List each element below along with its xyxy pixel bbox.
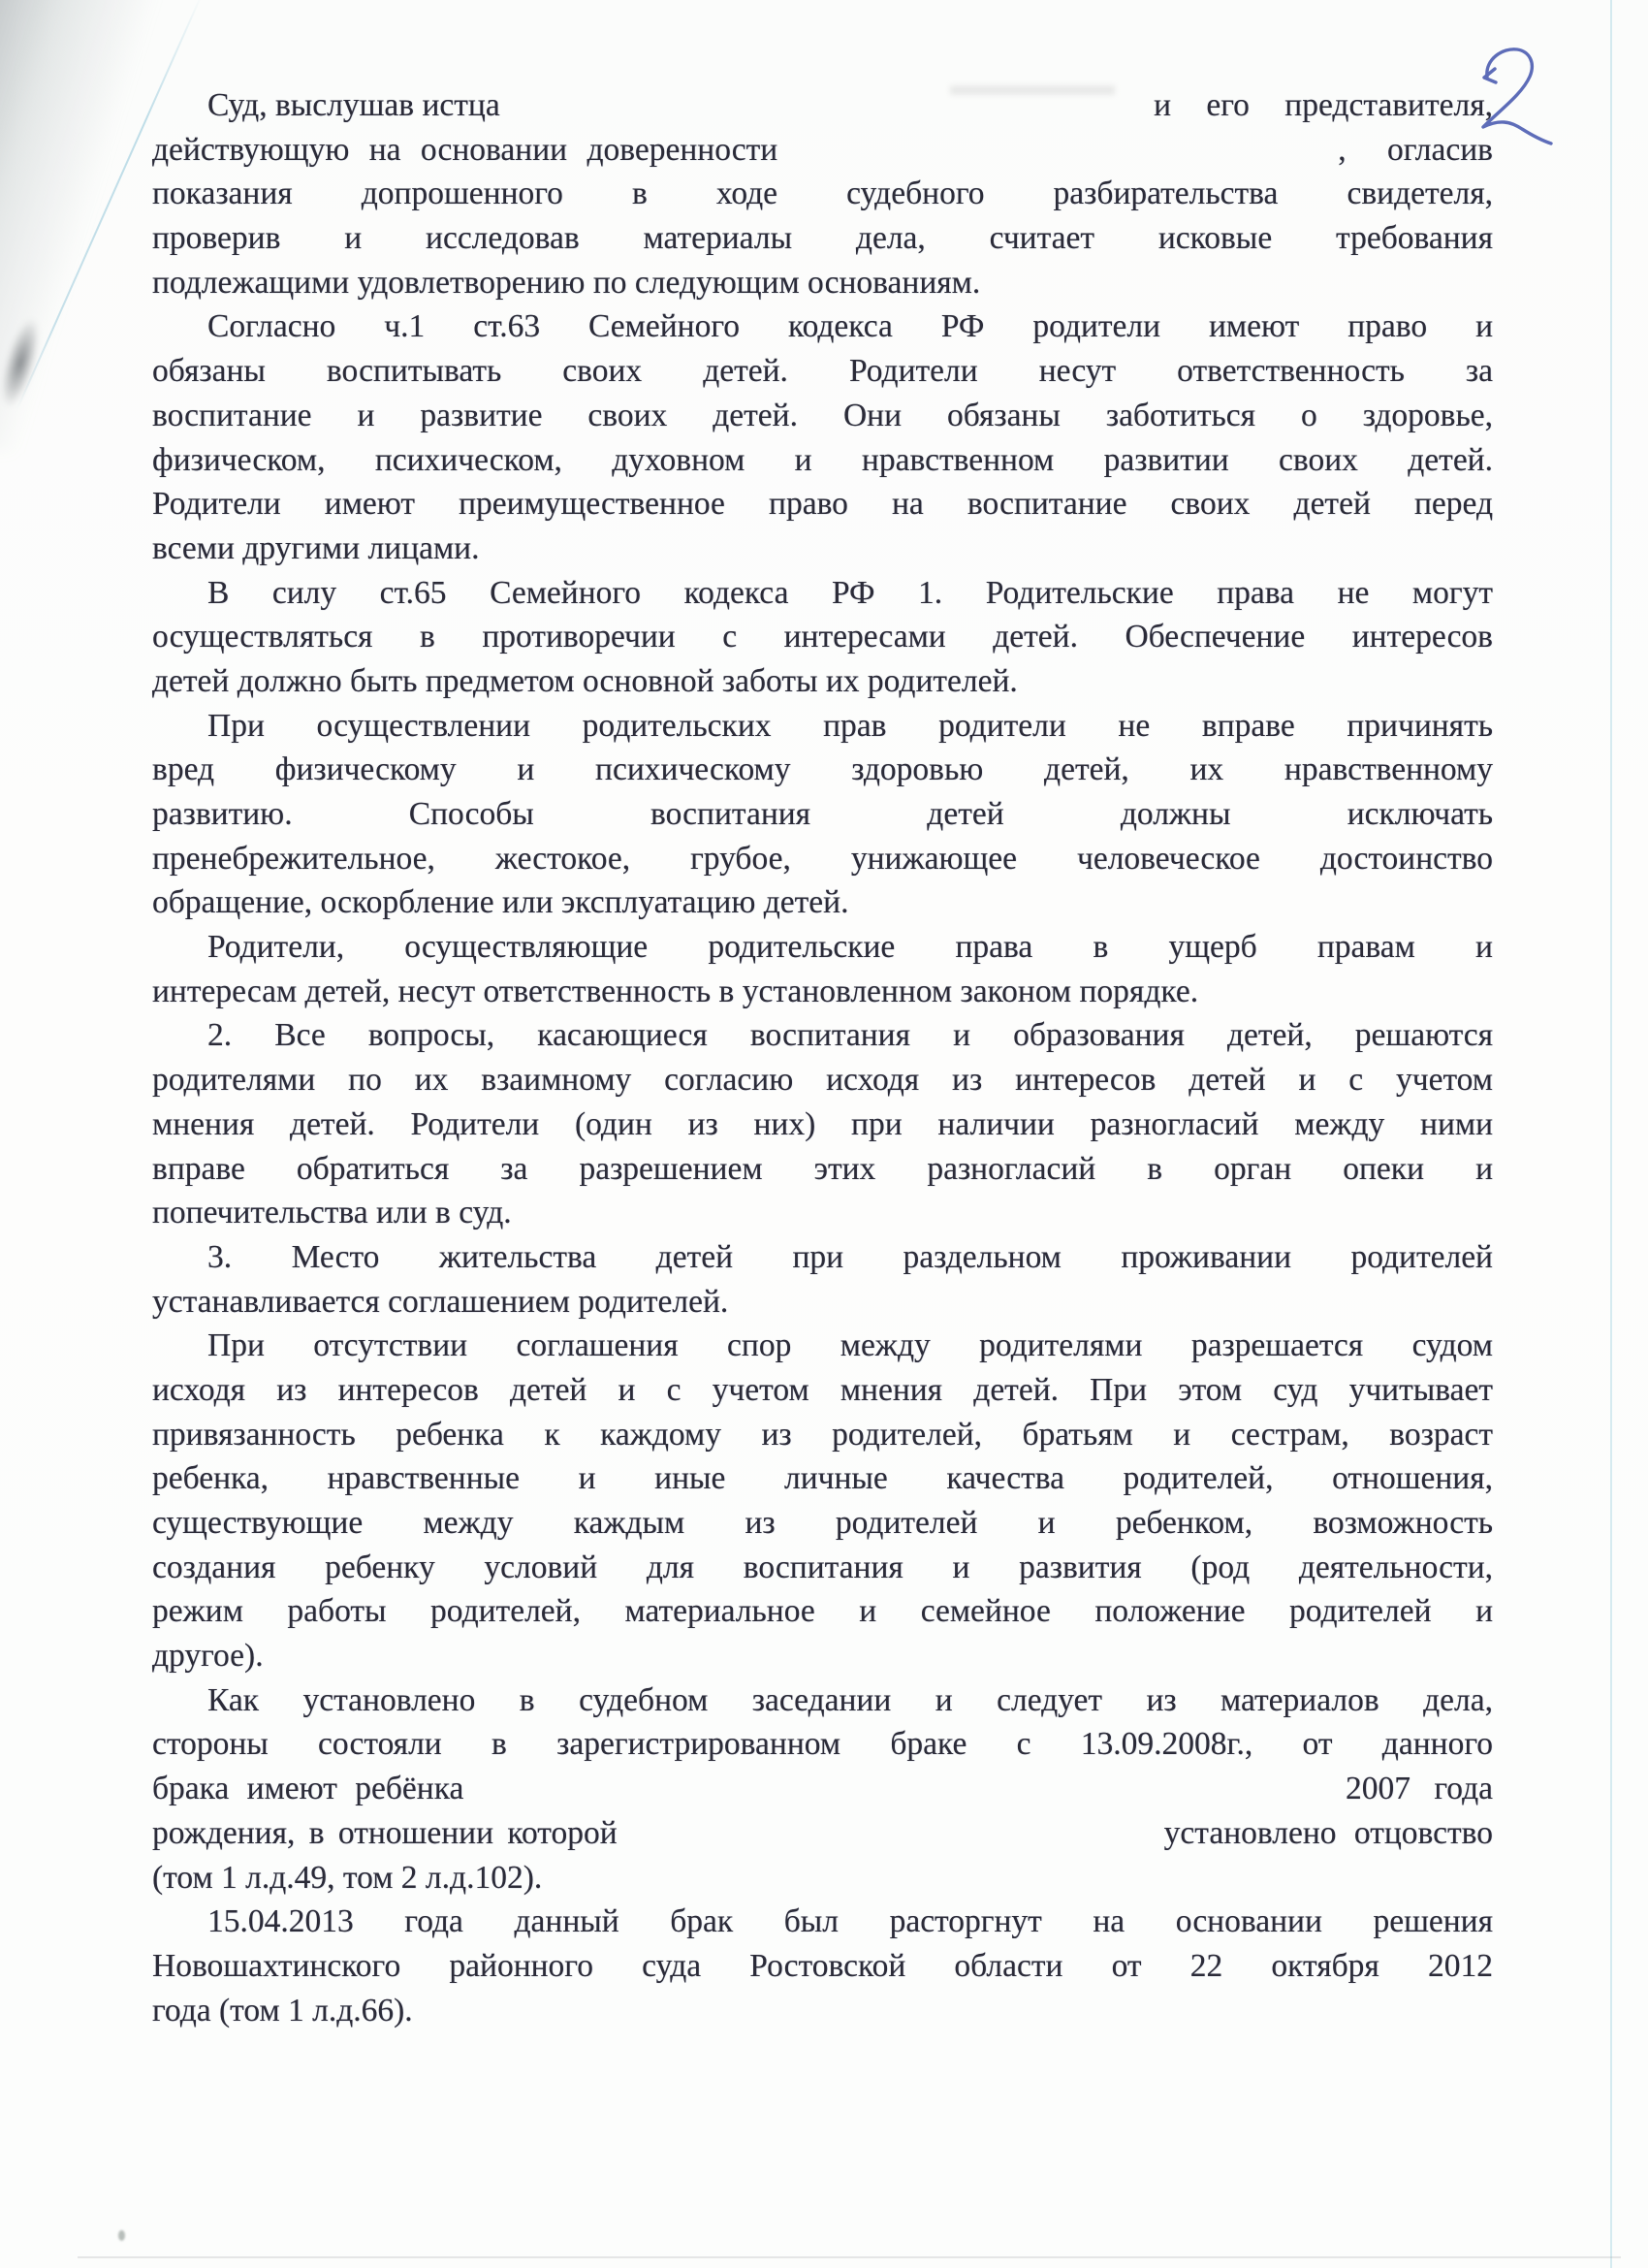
text-line: 2. Все вопросы, касающиеся воспитания и … [152,1013,1493,1058]
text-segment: действующую на основании доверенности [152,128,777,173]
text-line: исходя из интересов детей и с учетом мне… [152,1368,1493,1413]
text-line: устанавливается соглашением родителей. [152,1280,1493,1325]
text-line: В силу ст.65 Семейного кодекса РФ 1. Род… [152,571,1493,616]
text-segment: , огласив [1338,128,1493,173]
text-line: 3. Место жительства детей при раздельном… [152,1235,1493,1280]
text-line: обращение, оскорбление или эксплуатацию … [152,880,1493,925]
text-segment: Суд, выслушав истца [207,83,500,128]
text-line: Новошахтинского районного суда Ростовско… [152,1944,1493,1989]
text-line: режим работы родителей, материальное и с… [152,1589,1493,1634]
text-line: При отсутствии соглашения спор между род… [152,1324,1493,1368]
text-line: обязаны воспитывать своих детей. Родител… [152,349,1493,394]
text-line: физическом, психическом, духовном и нрав… [152,438,1493,483]
text-line: вправе обратиться за разрешением этих ра… [152,1147,1493,1192]
text-line: (том 1 л.д.49, том 2 л.д.102). [152,1856,1493,1901]
text-line: 15.04.2013 года данный брак был расторгн… [152,1900,1493,1944]
text-line: ребенка, нравственные и иные личные каче… [152,1456,1493,1501]
text-line: Как установлено в судебном заседании и с… [152,1678,1493,1723]
text-line: попечительства или в суд. [152,1191,1493,1235]
text-segment: и его представителя, [1154,83,1493,128]
text-line: действующую на основании доверенности, о… [152,128,1493,173]
text-line: воспитание и развитие своих детей. Они о… [152,394,1493,438]
text-line: другое). [152,1634,1493,1678]
text-line: подлежащими удовлетворению по следующим … [152,261,1493,305]
text-line: всеми другими лицами. [152,527,1493,571]
scan-page-edge-line [1610,0,1612,2268]
text-line: брака имеют ребёнка2007 года [152,1767,1493,1811]
text-line: Родители имеют преимущественное право на… [152,482,1493,527]
text-line: показания допрошенного в ходе судебного … [152,172,1493,216]
text-line: мнения детей. Родители (один из них) при… [152,1102,1493,1147]
text-line: Согласно ч.1 ст.63 Семейного кодекса РФ … [152,304,1493,349]
text-line: Родители, осуществляющие родительские пр… [152,925,1493,970]
text-line: интересам детей, несут ответственность в… [152,970,1493,1014]
text-segment: рождения, в отношении которой [152,1811,618,1856]
text-line: существующие между каждым из родителей и… [152,1501,1493,1546]
text-line: создания ребенку условий для воспитания … [152,1546,1493,1590]
text-line: детей должно быть предметом основной заб… [152,659,1493,704]
text-line: проверив и исследовав материалы дела, сч… [152,216,1493,261]
text-segment: установлено отцовство [1164,1811,1493,1856]
text-line: развитию. Способы воспитания детей должн… [152,792,1493,837]
scan-speck [118,2230,125,2241]
text-line: привязанность ребенка к каждому из родит… [152,1413,1493,1457]
scanned-document-page: Суд, выслушав истцаи его представителя,д… [0,0,1648,2268]
text-line: года (том 1 л.д.66). [152,1989,1493,2033]
text-line: Суд, выслушав истцаи его представителя, [152,83,1493,128]
text-line: стороны состояли в зарегистрированном бр… [152,1722,1493,1767]
text-line: При осуществлении родительских прав роди… [152,704,1493,749]
text-line: осуществляться в противоречии с интереса… [152,615,1493,659]
text-line: вред физическому и психическому здоровью… [152,748,1493,792]
scan-bottom-edge-line [78,2256,1621,2258]
text-line: родителями по их взаимному согласию исхо… [152,1058,1493,1102]
document-text: Суд, выслушав истцаи его представителя,д… [152,83,1493,2032]
text-line: рождения, в отношении которойустановлено… [152,1811,1493,1856]
text-segment: 2007 года [1346,1767,1493,1811]
text-segment: брака имеют ребёнка [152,1767,463,1811]
text-line: пренебрежительное, жестокое, грубое, уни… [152,837,1493,881]
